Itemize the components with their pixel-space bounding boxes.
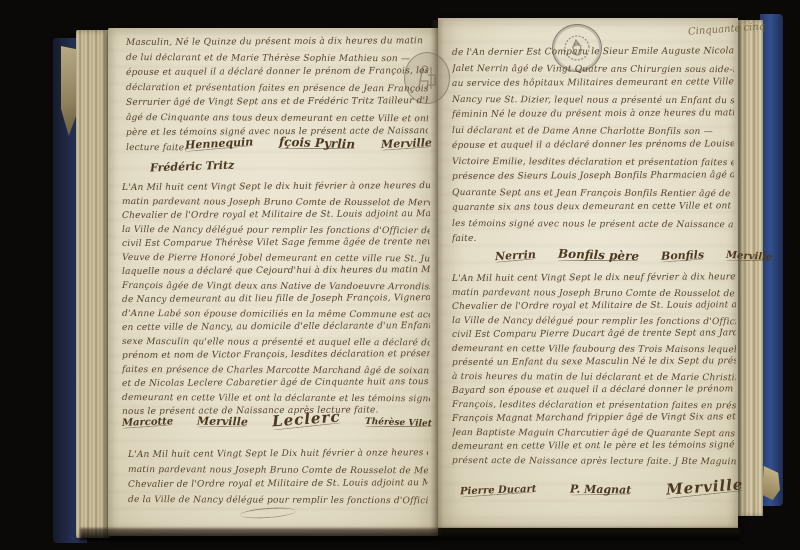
handwritten-line: et de Nicolas Leclere Cabaretier âgé de … xyxy=(122,375,430,391)
signature: Pierre Ducart xyxy=(460,484,537,497)
signature: Merville xyxy=(197,415,248,428)
handwritten-line: de Nancy demeurant au dit lieu fille de … xyxy=(122,291,430,307)
signature: Bonfils xyxy=(661,248,704,261)
handwritten-line: L'An Mil huit cent Vingt Sept le dix neu… xyxy=(452,270,736,286)
handwritten-line: quarante six ans tous deux demeurant en … xyxy=(452,199,734,216)
signature-row: Hennequinfçois PyrlinMerville xyxy=(185,136,432,149)
handwritten-line: François Magnat Marchand frippier âgé de… xyxy=(452,410,736,426)
handwritten-line: présence des Sieurs Louis Joseph Bonfils… xyxy=(452,168,734,185)
handwritten-line: L'An Mil huit cent Vingt Sept le Dix hui… xyxy=(128,446,428,463)
signature: Marcotte xyxy=(122,416,174,428)
handwritten-line: prénom et nom de Victor François, lesdit… xyxy=(122,347,430,363)
handwritten-line: en cette ville de Nancy, au domicile d'e… xyxy=(122,319,430,335)
signature: Leclerc xyxy=(272,408,342,430)
handwritten-line: épouse et auquel il a déclaré donner les… xyxy=(452,137,734,154)
page-bottom-shadow xyxy=(80,528,740,540)
signature: Merville xyxy=(726,250,773,262)
handwritten-line: demeurant en cette Ville et ont le père … xyxy=(452,438,736,454)
birth-act-paragraph: L'An Mil huit cent Vingt Sept le dix hui… xyxy=(122,181,430,419)
signature: P. Magnat xyxy=(570,482,632,495)
signature: Nerrin xyxy=(495,248,536,262)
handwritten-line: Masculin, Né le Quinze du présent mois à… xyxy=(126,34,428,51)
handwritten-line: faite. xyxy=(452,230,734,247)
handwritten-line: de l'An dernier Est Comparu le Sieur Emi… xyxy=(452,44,734,61)
handwritten-line: Chevalier de l'Ordre royal et Militaire … xyxy=(128,476,428,493)
signature-row: NerrinBonfils pèreBonfilsMerville xyxy=(495,248,772,261)
worn-corner xyxy=(762,466,780,500)
signature-row: Pierre DucartP. MagnatMerville xyxy=(460,478,743,495)
signature: Hennequin xyxy=(185,135,254,151)
handwritten-line: Serrurier âgé de Vingt Sept ans et de Fr… xyxy=(126,94,428,111)
signature: Bonfils père xyxy=(558,247,639,263)
scanned-register-background: { "document": { "type": "registre d'état… xyxy=(0,0,800,550)
handwritten-line: Chevalier de l'Ordre royal et Militaire … xyxy=(452,298,736,314)
handwritten-line: Bayard son épouse et auquel il a déclaré… xyxy=(452,382,736,398)
stacked-page-edges-left xyxy=(76,30,110,538)
birth-act-paragraph: de l'An dernier Est Comparu le Sieur Emi… xyxy=(452,46,734,248)
handwritten-line: épouse et auquel il a déclaré donner le … xyxy=(126,64,428,81)
signature: Thérèse Vilet xyxy=(364,417,431,428)
handwritten-line: présenté un Enfant du sexe Masculin Né l… xyxy=(452,354,736,370)
handwritten-line: féminin Né le douze du présent mois à on… xyxy=(452,106,734,123)
handwritten-line: L'An Mil huit cent Vingt Sept le dix hui… xyxy=(122,179,430,195)
signature: fçois Pyrlin xyxy=(279,135,356,151)
handwritten-line: civil Est Comparu Pierre Ducart âgé de t… xyxy=(452,326,736,342)
signature: Merville xyxy=(381,136,432,150)
signature-row: MarcotteMervilleLeclercThérèse Vilet xyxy=(122,410,432,427)
handwritten-line: présent acte de Naissance après lecture … xyxy=(452,454,736,469)
handwritten-line: laquelle nous a déclaré que Cejourd'hui … xyxy=(122,263,430,279)
stacked-page-edges-right xyxy=(738,20,763,516)
handwritten-line: au service des hôpitaux Militaires demeu… xyxy=(452,75,734,92)
signature: Merville xyxy=(665,475,743,497)
birth-act-paragraph: L'An Mil huit cent Vingt Sept le Dix hui… xyxy=(128,448,428,508)
birth-act-paragraph: L'An Mil huit cent Vingt Sept le dix neu… xyxy=(452,272,736,468)
handwritten-line: Chevalier de l'Ordre royal et Militaire … xyxy=(122,207,430,223)
handwritten-line: civil Est Comparue Thérèse Vilet Sage fe… xyxy=(122,235,430,251)
open-register-book: Cinquante cinq Masculin, Né le Quinze du… xyxy=(0,0,800,550)
